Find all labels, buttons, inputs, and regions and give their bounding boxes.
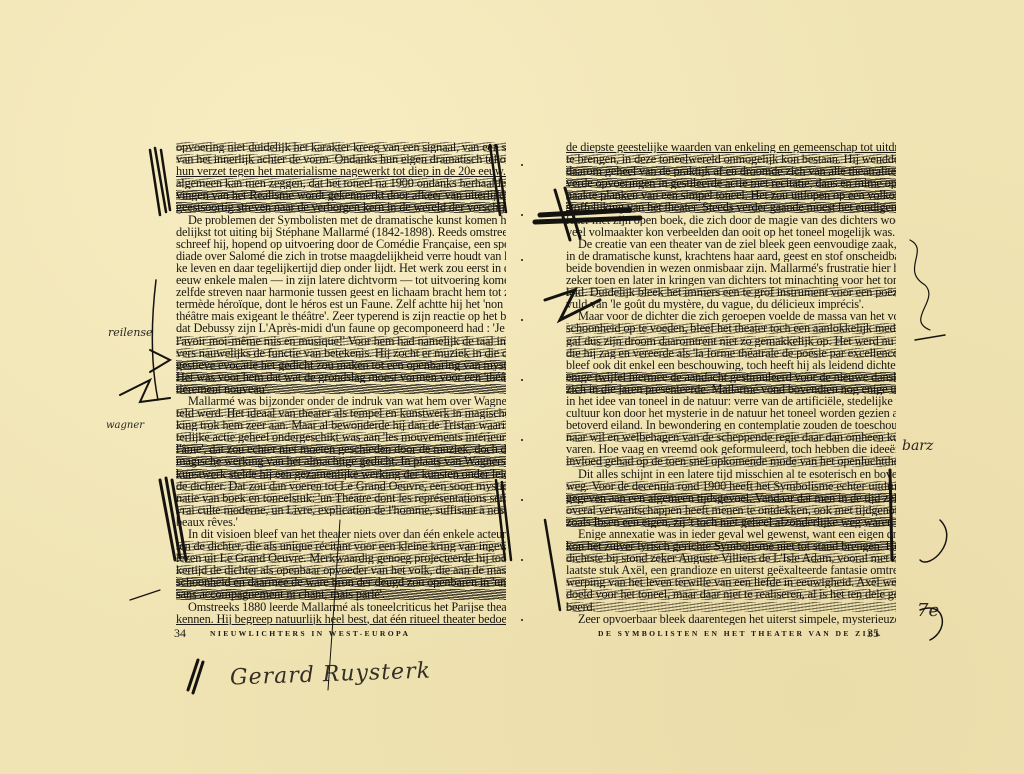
text-line: weg. Voor de decennia rond 1900 heeft he… (566, 480, 896, 492)
text-line: enige twijfel hiermee de aandacht gestim… (566, 371, 896, 383)
text-line: naakte planken van een simpel toneel. He… (566, 189, 896, 201)
text-line: geestsoortig streven naar de verborgen k… (176, 201, 506, 213)
text-line: zeker toen en later in kringen van dicht… (566, 274, 896, 286)
left-running-head: NIEUWLICHTERS IN WEST-EUROPA (210, 629, 410, 638)
right-running-head: DE SYMBOLISTEN EN HET THEATER VAN DE ZIE… (598, 629, 883, 638)
text-line: Mallarmé was bijzonder onder de indruk v… (176, 395, 506, 407)
text-line: Zeer opvoerbaar bleek daarentegen het ui… (566, 613, 896, 625)
text-line: doeld voor het toneel, maar daar niet te… (566, 588, 896, 600)
text-line: De creatie van een theater van de ziel b… (566, 238, 896, 250)
text-line: terlijke actie geheel ondergeschikt was … (176, 431, 506, 443)
text-line: algemeen kan men zeggen, dat het toneel … (176, 177, 506, 189)
text-line: théâtre mais exigeant le théâtre'. Zeer … (176, 310, 506, 322)
text-line: zoals Ibsen een eigen, zij 't toch niet … (566, 516, 896, 528)
text-line: daarom geheel van de praktijk af en droo… (566, 165, 896, 177)
text-line: king trok hem zeer aan. Maar al bewonder… (176, 419, 506, 431)
text-line: laatste stuk Axël, een grandioze en uite… (566, 564, 896, 576)
text-line: hun verzet tegen het materialisme nagewe… (176, 165, 506, 177)
text-line: kunstwerk stelde hij een gezamenlijke we… (176, 468, 506, 480)
text-line: betoverd eiland. In bewondering en conte… (566, 419, 896, 431)
text-line: opvoering niet duidelijk het karakter kr… (176, 141, 506, 153)
text-line: vuld van 'le goût du mystère, du vague, … (566, 298, 896, 310)
margin-note-left-2: wagner (106, 420, 144, 431)
text-line: gestieve evocatie het gedicht zou maken … (176, 359, 506, 371)
text-line: invloed gehad op de toen snel opkomende … (566, 455, 896, 467)
corner-mark: 7e (917, 600, 939, 621)
text-line: Dit alles schijnt in een latere tijd mis… (566, 468, 896, 480)
text-line: lezer met zijn open boek, die zich door … (566, 214, 896, 226)
text-line: sans accompagnement ni chant, mais parlé… (176, 588, 506, 600)
text-line: verde opvoeringen in gestileerde actie m… (566, 177, 896, 189)
text-line: l'avoir moi-même mis en musique!' Voor h… (176, 335, 506, 347)
text-line: de dichter. Dat zou dan voeren tot Le Gr… (176, 480, 506, 492)
text-line: termède héroïque, dont le héros est un F… (176, 298, 506, 310)
text-line: vingen van het Realisme wordt gekenmerkt… (176, 189, 506, 201)
text-line: kertijd de dichter als openbaar opvoeder… (176, 564, 506, 576)
text-line: vrai culte moderne, un Livre, explicatio… (176, 504, 506, 516)
text-line: leid. Duidelijk bleek het immers een te … (566, 286, 896, 298)
text-line: beaux rêves.' (176, 516, 506, 528)
text-line: die hij zag en vereerde als 'la forme th… (566, 347, 896, 359)
text-line: zelfde streven naar harmonie tussen gees… (176, 286, 506, 298)
text-line: dichtste bij stond zeker Auguste Villier… (566, 552, 896, 564)
right-page-text: de diepste geestelijke waarden van enkel… (566, 141, 896, 625)
text-line: tièrement nouveau'. (176, 383, 506, 395)
text-line: Maar voor de dichter die zich geroepen v… (566, 310, 896, 322)
text-line: van het innerlijk achter de vorm. Ondank… (176, 153, 506, 165)
text-line: eeuw enkele malen — in zijn latere dicht… (176, 274, 506, 286)
text-line: diade over Salomé die zich in trotse maa… (176, 250, 506, 262)
text-line: lezen uit Le Grand Oeuvre. Merkwaardig g… (176, 552, 506, 564)
text-line: dat Debussy zijn L'Après-midi d'un faune… (176, 322, 506, 334)
text-line: De problemen der Symbolisten met de dram… (176, 214, 506, 226)
text-line: delijkst tot uiting bij Stéphane Mallarm… (176, 226, 506, 238)
text-line: vers nauwelijks de functie van betekenis… (176, 347, 506, 359)
margin-note-left-1: reilense (108, 326, 153, 339)
text-line: ten de dichter, die als unique récitant … (176, 540, 506, 552)
left-page-number: 34 (174, 626, 186, 641)
text-line: Het was voor hem dat wat de grondslag mo… (176, 371, 506, 383)
text-line: teld werd. Het ideaal van theater als te… (176, 407, 506, 419)
text-line: ke leven en daar tegelijkertijd diep ond… (176, 262, 506, 274)
text-line: l'âme', dat zou echter niet moeten gesch… (176, 443, 506, 455)
text-line: kon het zuiver lyrisch gerichte Symbolis… (566, 540, 896, 552)
text-line: in het idee van toneel in de natuur: ver… (566, 395, 896, 407)
text-line: overal verwantschappen heeft menen te on… (566, 504, 896, 516)
left-page-text: opvoering niet duidelijk het karakter kr… (176, 141, 506, 625)
margin-note-right: barz (902, 438, 933, 454)
text-line: zich in die jaren presenteerde. Mallarmé… (566, 383, 896, 395)
text-line: naar wil en welbehagen van de scheppende… (566, 431, 896, 443)
text-line: In dit visioen bleef van het theater nie… (176, 528, 506, 540)
text-line: bleef ook dit enkel een beschouwing, toc… (566, 359, 896, 371)
text-line: veel volmaakter kon verbeelden dan ooit … (566, 226, 896, 238)
text-line: in de dramatische kunst, krachtens haar … (566, 250, 896, 262)
text-line: kennen. Hij begreep natuurlijk heel best… (176, 613, 506, 625)
right-page-number: 35 (867, 626, 879, 641)
text-line: Omstreeks 1880 leerde Mallarmé als tonee… (176, 601, 506, 613)
text-line: gaf dus zijn droom daaromtrent niet zo g… (566, 335, 896, 347)
text-line: natie van boek en toneelstuk: 'un Théâtr… (176, 492, 506, 504)
text-line: gegeven aan een algemeen tijdsgevoel. Va… (566, 492, 896, 504)
text-line: schreef hij, hopend op uitvoering door d… (176, 238, 506, 250)
text-line: te brengen, in deze toneelwereld onmogel… (566, 153, 896, 165)
text-line: Enige annexatie was in ieder geval wel g… (566, 528, 896, 540)
text-line: magische werking van het almachtige gedi… (176, 455, 506, 467)
text-line: varen. Hoe vaag en vreemd ook geformulee… (566, 443, 896, 455)
text-line: schoonheid en daarmee de ware bron der d… (176, 576, 506, 588)
text-line: de diepste geestelijke waarden van enkel… (566, 141, 896, 153)
text-line: beerd. (566, 601, 896, 613)
text-line: beide bovendien in wezen onmisbaar zijn.… (566, 262, 896, 274)
text-line: werping van het leven terwille van een l… (566, 576, 896, 588)
text-line: stoffelijking van het theater. Steeds ve… (566, 201, 896, 213)
text-line: cultuur kon door het mysterie in de natu… (566, 407, 896, 419)
text-line: schoonheid op te voeden, bleef het theat… (566, 322, 896, 334)
